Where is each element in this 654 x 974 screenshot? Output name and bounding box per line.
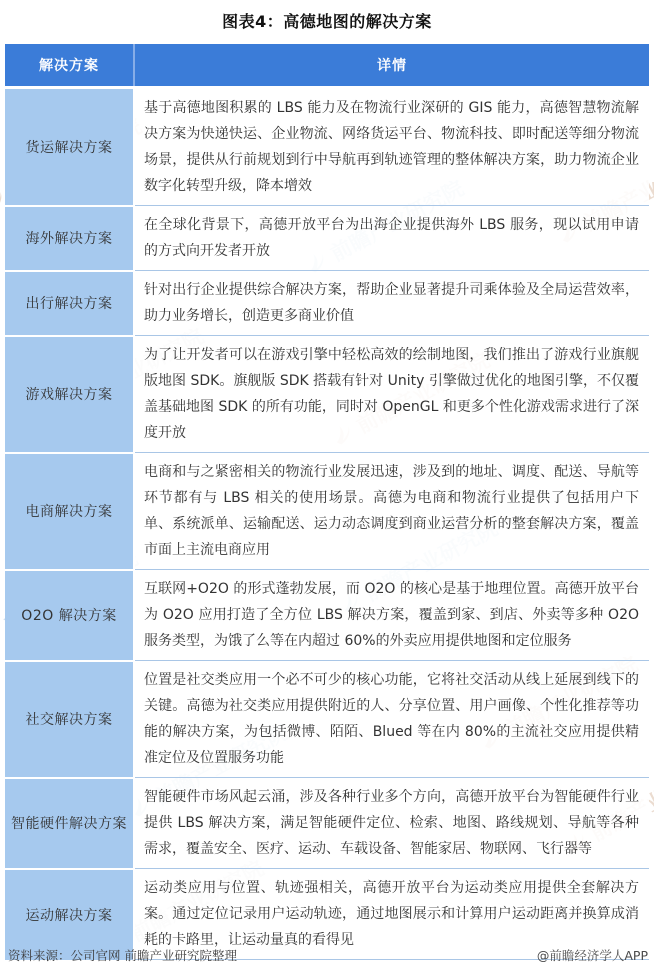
table-row: O2O 解决方案 互联网+O2O 的形式蓬勃发展，而 O2O 的核心是基于地理位… bbox=[5, 570, 649, 661]
solution-name: 智能硬件解决方案 bbox=[5, 778, 134, 869]
solution-detail: 针对出行企业提供综合解决方案，帮助企业显著提升司乘体验及全局运营效率，助力业务增… bbox=[134, 271, 649, 336]
table-row: 社交解决方案 位置是社交类应用一个必不可少的核心功能，它将社交活动从线上延展到线… bbox=[5, 661, 649, 778]
solution-detail: 智能硬件市场风起云涌，涉及各种行业多个方向，高德开放平台为智能硬件行业提供 LB… bbox=[134, 778, 649, 869]
solution-name: O2O 解决方案 bbox=[5, 570, 134, 661]
source-note: 资料来源：公司官网 前瞻产业研究院整理 bbox=[8, 946, 237, 964]
solution-detail: 在全球化背景下，高德开放平台为出海企业提供海外 LBS 服务，现以试用申请的方式… bbox=[134, 206, 649, 271]
solution-detail: 为了让开发者可以在游戏引擎中轻松高效的绘制地图，我们推出了游戏行业旗舰版地图 S… bbox=[134, 336, 649, 453]
table-row: 海外解决方案 在全球化背景下，高德开放平台为出海企业提供海外 LBS 服务，现以… bbox=[5, 206, 649, 271]
figure-footer: 资料来源：公司官网 前瞻产业研究院整理 @前瞻经济学人APP bbox=[8, 946, 648, 964]
table-row: 出行解决方案 针对出行企业提供综合解决方案，帮助企业显著提升司乘体验及全局运营效… bbox=[5, 271, 649, 336]
figure-page: 前瞻产业研究院 前瞻产业研究院 前瞻产业研究院 前瞻产业研究院 前瞻产业研究院 … bbox=[0, 0, 654, 974]
figure-title: 图表4：高德地图的解决方案 bbox=[0, 0, 654, 32]
solution-name: 出行解决方案 bbox=[5, 271, 134, 336]
table-row: 游戏解决方案 为了让开发者可以在游戏引擎中轻松高效的绘制地图，我们推出了游戏行业… bbox=[5, 336, 649, 453]
solutions-table: 解决方案 详情 货运解决方案 基于高德地图积累的 LBS 能力及在物流行业深研的… bbox=[5, 44, 649, 960]
table-row: 智能硬件解决方案 智能硬件市场风起云涌，涉及各种行业多个方向，高德开放平台为智能… bbox=[5, 778, 649, 869]
table-header-row: 解决方案 详情 bbox=[5, 44, 649, 88]
solution-detail: 位置是社交类应用一个必不可少的核心功能，它将社交活动从线上延展到线下的关键。高德… bbox=[134, 661, 649, 778]
table-row: 货运解决方案 基于高德地图积累的 LBS 能力及在物流行业深研的 GIS 能力，… bbox=[5, 88, 649, 206]
solution-name: 游戏解决方案 bbox=[5, 336, 134, 453]
column-header-detail: 详情 bbox=[134, 44, 649, 88]
column-header-solution: 解决方案 bbox=[5, 44, 134, 88]
table-row: 电商解决方案 电商和与之紧密相关的物流行业发展迅速，涉及到的地址、调度、配送、导… bbox=[5, 453, 649, 570]
solution-name: 电商解决方案 bbox=[5, 453, 134, 570]
credit-note: @前瞻经济学人APP bbox=[537, 946, 648, 964]
solution-detail: 基于高德地图积累的 LBS 能力及在物流行业深研的 GIS 能力，高德智慧物流解… bbox=[134, 88, 649, 206]
solution-name: 海外解决方案 bbox=[5, 206, 134, 271]
solution-name: 社交解决方案 bbox=[5, 661, 134, 778]
solution-detail: 互联网+O2O 的形式蓬勃发展，而 O2O 的核心是基于地理位置。高德开放平台为… bbox=[134, 570, 649, 661]
solution-name: 货运解决方案 bbox=[5, 88, 134, 206]
solution-detail: 电商和与之紧密相关的物流行业发展迅速，涉及到的地址、调度、配送、导航等环节都有与… bbox=[134, 453, 649, 570]
